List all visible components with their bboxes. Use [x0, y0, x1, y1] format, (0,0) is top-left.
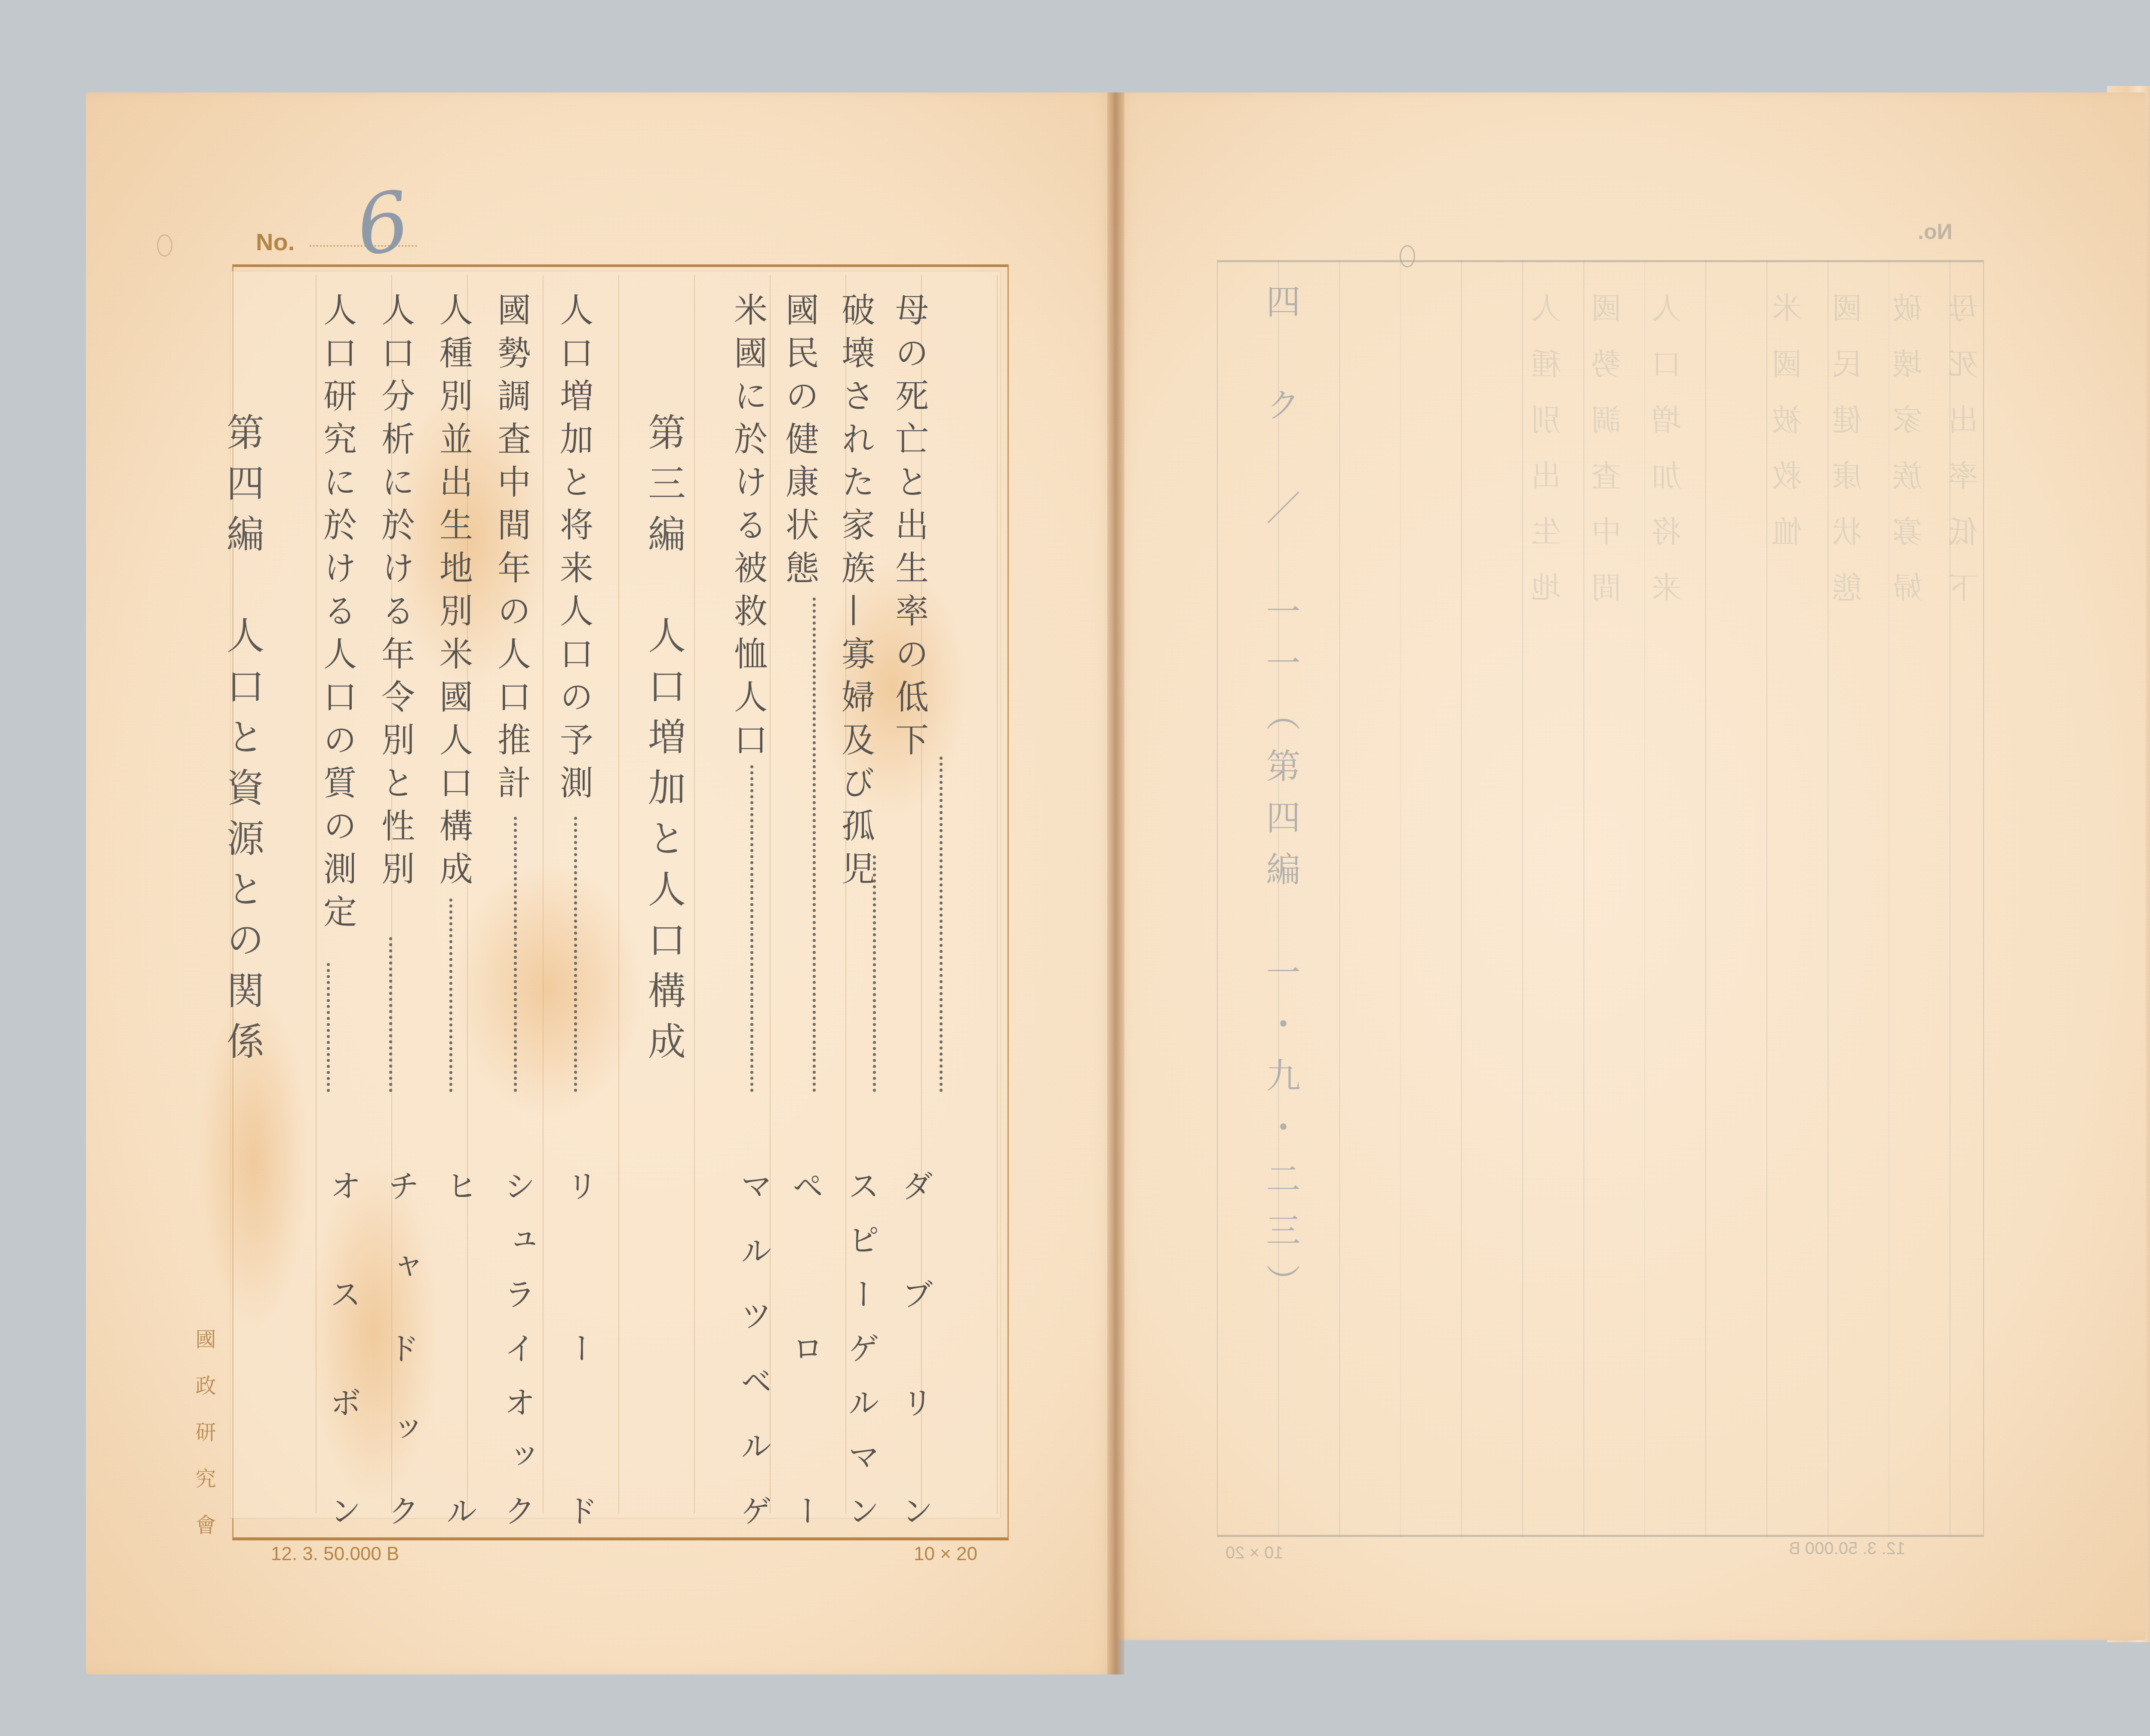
dotted-leader: [514, 817, 517, 1092]
part-heading: 第四編 人口と資源との関係: [224, 413, 261, 1072]
mirrored-grid-size-label: 10 × 20: [1225, 1543, 1284, 1563]
toc-entry-author: スピーゲルマン: [838, 1169, 884, 1526]
pencil-annotation: 四 ク ／ 一一（第四編 一・九・二三）: [1256, 284, 1305, 1316]
toc-entry-title: 人口研究に於ける人口の質の測定: [320, 292, 354, 937]
page-number-label: No.: [256, 228, 295, 256]
toc-entry-title: 母の死亡と出生率の低下: [892, 292, 926, 765]
toc-entry-author: シュライオック: [494, 1169, 540, 1526]
toc-entry-author: オスボン: [320, 1169, 366, 1526]
toc-entry-title: 人口増加と将来人口の予測: [557, 292, 590, 808]
dotted-leader: [750, 765, 753, 1092]
bleed-through-text: 破壊家族寡婦: [1888, 292, 1931, 628]
binding-hole-mark: [157, 234, 172, 257]
book-gutter: [1107, 92, 1124, 1675]
dotted-leader: [389, 937, 392, 1092]
bleed-through-text: 母死出率低下: [1944, 292, 1987, 628]
bleed-through-text: 人種別出生地: [1526, 292, 1570, 628]
print-code: 12. 3. 50.000 B: [271, 1543, 399, 1565]
bleed-through-text: 國民健康状態: [1827, 292, 1871, 628]
photo-stage: No. 6 母の死亡と出生率の低下 ダブリン 破壊された家族—寡婦及び孤児 スピ…: [0, 0, 2150, 1736]
dotted-leader: [327, 963, 330, 1092]
toc-entry-title: 國民の健康状態: [783, 292, 816, 593]
toc-entry-author: リード: [557, 1169, 602, 1526]
bleed-through-text: 人口増加将来: [1647, 292, 1690, 628]
toc-entry-title: 人口分析に於ける年令別と性別: [378, 292, 412, 894]
dotted-leader: [574, 817, 577, 1092]
toc-entry-author: チャドック: [378, 1169, 424, 1526]
dotted-leader: [873, 856, 876, 1092]
bleed-through-text: 米國被救恤: [1767, 292, 1811, 572]
bleed-through-text: 國勢調査中間: [1587, 292, 1630, 628]
toc-entry-author: ヒル: [436, 1169, 482, 1526]
dotted-leader: [813, 598, 816, 1092]
toc-entry-title: 破壊された家族—寡婦及び孤児: [838, 292, 872, 894]
toc-entry-author: ダブリン: [892, 1169, 938, 1526]
toc-entry-title: 米國に於ける被救恤人口: [731, 292, 765, 765]
toc-entry-author: ペロー: [783, 1169, 828, 1526]
dotted-leader: [940, 757, 943, 1092]
part-heading: 第三編 人口増加と人口構成: [645, 413, 683, 1072]
grid-size-label: 10 × 20: [914, 1543, 977, 1565]
mirrored-print-code: 12. 3. 50.000 B: [1789, 1539, 1905, 1558]
toc-entry-title: 人種別並出生地別米國人口構成: [436, 292, 470, 894]
publisher-imprint: 國政研究會: [189, 1328, 219, 1561]
water-stain: [451, 860, 645, 1118]
toc-entry-author: マルツベルゲ: [731, 1169, 777, 1526]
toc-entry-title: 國勢調査中間年の人口推計: [494, 292, 528, 808]
dotted-leader: [449, 899, 452, 1092]
mirrored-page-number-label: No.: [1918, 219, 1953, 244]
